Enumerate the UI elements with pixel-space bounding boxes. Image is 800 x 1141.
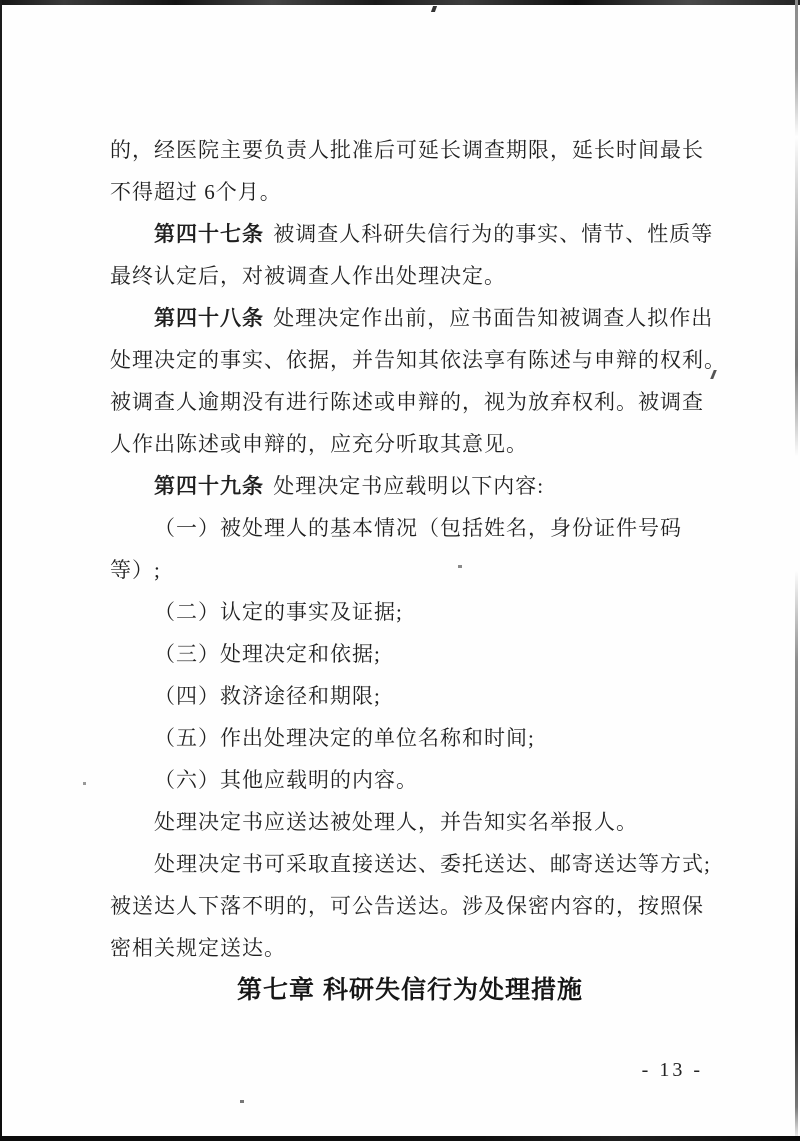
text-line: 人作出陈述或申辩的，应充分听取其意见。 [110, 423, 710, 465]
text-line: 被调查人逾期没有进行陈述或申辩的，视为放弃权利。被调查 [110, 381, 710, 423]
text-line: 处理决定书可采取直接送达、委托送达、邮寄送达等方式; [110, 843, 710, 885]
text-line: （六）其他应载明的内容。 [110, 759, 710, 801]
text-line: （二）认定的事实及证据; [110, 591, 710, 633]
text-line: 等）; [110, 549, 710, 591]
scan-artifact [83, 782, 86, 785]
scan-edge-bottom [0, 1136, 800, 1141]
article-number: 第四十九条 [154, 475, 264, 498]
text-line: 被送达人下落不明的，可公告送达。涉及保密内容的，按照保 [110, 885, 710, 927]
text-line: （一）被处理人的基本情况（包括姓名，身份证件号码 [110, 507, 710, 549]
text-line: 第四十八条 处理决定作出前，应书面告知被调查人拟作出 [110, 297, 710, 339]
text-line: （四）救济途径和期限; [110, 675, 710, 717]
scan-edge-right [795, 0, 798, 1141]
scanned-document-page: 的，经医院主要负责人批准后可延长调查期限，延长时间最长不得超过 6个月。第四十七… [0, 0, 800, 1141]
text-line: （五）作出处理决定的单位名称和时间; [110, 717, 710, 759]
document-body-text: 的，经医院主要负责人批准后可延长调查期限，延长时间最长不得超过 6个月。第四十七… [110, 129, 710, 969]
text-line: 处理决定书应送达被处理人，并告知实名举报人。 [110, 801, 710, 843]
text-line: 的，经医院主要负责人批准后可延长调查期限，延长时间最长 [110, 129, 710, 171]
text-line: 第四十九条 处理决定书应载明以下内容: [110, 465, 710, 507]
text-line: 第四十七条 被调查人科研失信行为的事实、情节、性质等 [110, 213, 710, 255]
article-number: 第四十八条 [154, 307, 264, 330]
scan-edge-top [0, 0, 800, 5]
scan-artifact [431, 6, 437, 12]
text-line: 最终认定后，对被调查人作出处理决定。 [110, 255, 710, 297]
text-line: 处理决定的事实、依据，并告知其依法享有陈述与申辩的权利。 [110, 339, 710, 381]
text-line: （三）处理决定和依据; [110, 633, 710, 675]
page-number: - 13 - [642, 1056, 703, 1084]
chapter-heading: 第七章 科研失信行为处理措施 [110, 969, 710, 1011]
text-line: 不得超过 6个月。 [110, 171, 710, 213]
scan-edge-left [0, 0, 2, 1141]
text-line: 密相关规定送达。 [110, 927, 710, 969]
article-number: 第四十七条 [154, 223, 264, 246]
scan-artifact [240, 1100, 244, 1103]
